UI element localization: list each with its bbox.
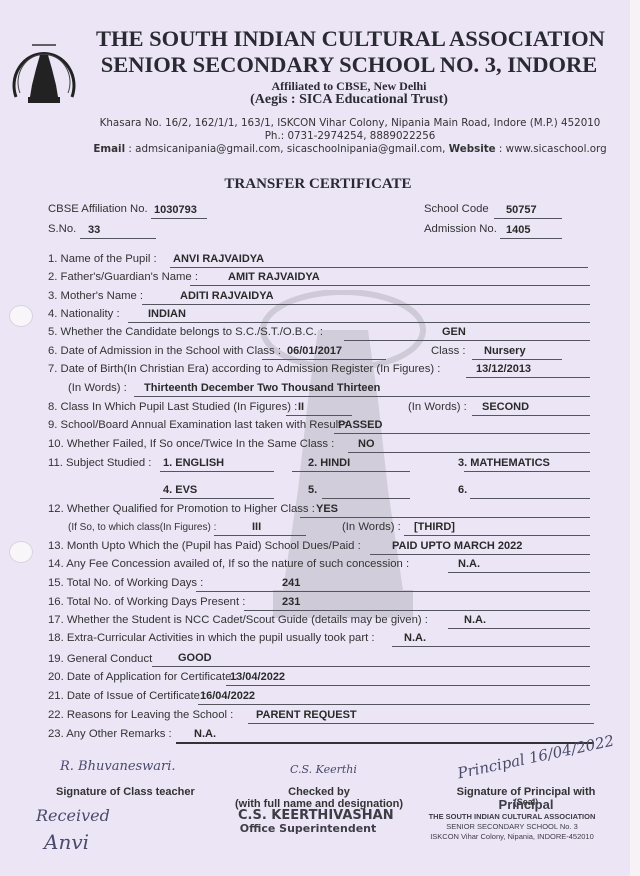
school-name-line2: SENIOR SECONDARY SCHOOL NO. 3, INDORE [96, 52, 602, 78]
underline [392, 646, 590, 647]
underline [244, 610, 590, 611]
underline [142, 304, 590, 305]
subject-1: 1. ENGLISH [163, 457, 224, 469]
pupil-name-value: ANVI RAJVAIDYA [173, 253, 264, 265]
days-present-label: 16. Total No. of Working Days Present : [48, 596, 245, 608]
principal-signature: Principal 16/04/2022 [456, 732, 616, 783]
document-title: TRANSFER CERTIFICATE [0, 176, 636, 193]
underline [404, 535, 590, 536]
admission-date-label: 6. Date of Admission in the School with … [48, 345, 281, 357]
admission-class-label: Class : [431, 345, 466, 357]
conduct-label: 19. General Conduct [48, 653, 152, 665]
underline [134, 396, 590, 397]
underline [448, 572, 590, 573]
underline [214, 535, 306, 536]
extracurricular-label: 18. Extra-Curricular Activities in which… [48, 632, 375, 644]
underline [344, 340, 590, 341]
sno-value: 33 [88, 224, 100, 236]
promotion-class-label: (If So, to which class(In Figures) : [68, 522, 216, 533]
exam-result-value: PASSED [338, 419, 382, 431]
dob-value: 13/12/2013 [476, 363, 531, 375]
underline [160, 471, 274, 472]
application-date-value: 13/04/2022 [230, 671, 285, 683]
website-value: : www.sicaschool.org [499, 143, 607, 155]
days-present-value: 231 [282, 596, 300, 608]
category-label: 5. Whether the Candidate belongs to S.C.… [48, 326, 323, 338]
underline [348, 452, 590, 453]
subject-3: 3. MATHEMATICS [458, 457, 550, 469]
promotion-label: 12. Whether Qualified for Promotion to H… [48, 503, 315, 515]
underline [170, 267, 588, 268]
principal-stamp-line1: THE SOUTH INDIAN CULTURAL ASSOCIATION [414, 812, 610, 821]
principal-stamp-title: Principal [456, 797, 596, 812]
underline [196, 591, 590, 592]
promotion-class-value: III [252, 521, 261, 533]
working-days-label: 15. Total No. of Working Days : [48, 577, 203, 589]
last-class-words-label: (In Words) : [408, 401, 467, 413]
underline [262, 359, 386, 360]
father-name-value: AMIT RAJVAIDYA [228, 271, 320, 283]
underline [322, 498, 410, 499]
admission-date-value: 06/01/2017 [287, 345, 342, 357]
underline [448, 628, 590, 629]
checked-by-stamp-name: C.S. KEERTHIVASHAN [238, 808, 378, 823]
checked-by-signature: C.S. Keerthi [290, 763, 357, 776]
website-label: Website [449, 143, 496, 155]
ncc-value: N.A. [464, 614, 486, 626]
aegis-text: (Aegis : SICA Educational Trust) [96, 92, 602, 108]
underline [176, 742, 594, 744]
last-class-label: 8. Class In Which Pupil Last Studied (In… [48, 401, 297, 413]
category-value: GEN [442, 326, 466, 338]
leaving-reason-value: PARENT REQUEST [256, 709, 357, 721]
mother-name-label: 3. Mother's Name : [48, 290, 143, 302]
concession-value: N.A. [458, 558, 480, 570]
last-class-words-value: SECOND [482, 401, 529, 413]
class-teacher-label: Signature of Class teacher [56, 786, 195, 798]
promotion-words-value: [THIRD] [414, 521, 455, 533]
school-contact: Email : admsicanipania@gmail.com, sicasc… [80, 143, 620, 155]
admission-class-value: Nursery [484, 345, 526, 357]
sno-label: S.No. [48, 223, 76, 235]
received-signature: Received [36, 806, 110, 825]
last-class-value: II [298, 401, 304, 413]
conduct-value: GOOD [178, 652, 212, 664]
underline [300, 517, 590, 518]
underline [80, 238, 156, 239]
underline [500, 238, 562, 239]
principal-stamp-line2: SENIOR SECONDARY SCHOOL No. 3 [414, 822, 610, 831]
punch-hole [9, 541, 33, 563]
remarks-label: 23. Any Other Remarks : [48, 728, 172, 740]
dob-words-label: (In Words) : [68, 382, 127, 394]
promotion-value: YES [316, 503, 338, 515]
dob-label: 7. Date of Birth(In Christian Era) accor… [48, 363, 440, 375]
dues-value: PAID UPTO MARCH 2022 [392, 540, 522, 552]
underline [292, 471, 410, 472]
underline [248, 723, 594, 724]
failed-value: NO [358, 438, 375, 450]
underline [464, 471, 590, 472]
underline [286, 415, 352, 416]
principal-stamp-line3: ISKCON Vihar Colony, Nipania, INDORE-452… [414, 832, 610, 841]
underline [470, 498, 590, 499]
underline [190, 285, 590, 286]
class-teacher-signature: R. Bhuvaneswari. [60, 759, 176, 774]
underline [198, 704, 590, 705]
school-address: Khasara No. 16/2, 162/1/1, 163/1, ISKCON… [80, 117, 620, 129]
extracurricular-value: N.A. [404, 632, 426, 644]
underline [370, 554, 590, 555]
underline [151, 218, 207, 219]
subject-6: 6. [458, 484, 467, 496]
underline [160, 498, 274, 499]
paper-edge [630, 0, 640, 876]
received-signature-name: Anvi [44, 830, 89, 854]
dues-label: 13. Month Upto Which the (Pupil has Paid… [48, 540, 361, 552]
admission-no-value: 1405 [506, 224, 530, 236]
application-date-label: 20. Date of Application for Certificate … [48, 671, 238, 683]
school-phone: Ph.: 0731-2974254, 8889022256 [80, 130, 620, 142]
affiliation-no-value: 1030793 [154, 204, 197, 216]
promotion-words-label: (In Words) : [342, 521, 401, 533]
underline [472, 359, 562, 360]
school-code-label: School Code [424, 203, 489, 215]
school-code-value: 50757 [506, 204, 537, 216]
school-name-line1: THE SOUTH INDIAN CULTURAL ASSOCIATION [96, 26, 602, 52]
subjects-label: 11. Subject Studied : [48, 457, 151, 469]
school-logo-icon [10, 27, 78, 107]
underline [334, 433, 590, 434]
ncc-label: 17. Whether the Student is NCC Cadet/Sco… [48, 614, 428, 626]
failed-label: 10. Whether Failed, If So once/Twice In … [48, 438, 334, 450]
underline [128, 322, 590, 323]
underline [472, 415, 590, 416]
remarks-value: N.A. [194, 728, 216, 740]
leaving-reason-label: 22. Reasons for Leaving the School : [48, 709, 233, 721]
exam-result-label: 9. School/Board Annual Examination last … [48, 419, 348, 431]
admission-no-label: Admission No. [424, 223, 497, 235]
dob-words-value: Thirteenth December Two Thousand Thirtee… [144, 382, 380, 394]
underline [226, 685, 590, 686]
subject-2: 2. HINDI [308, 457, 350, 469]
underline [152, 666, 590, 667]
nationality-value: INDIAN [148, 308, 186, 320]
subject-5: 5. [308, 484, 317, 496]
underline [494, 218, 562, 219]
issue-date-label: 21. Date of Issue of Certificate : [48, 690, 206, 702]
concession-label: 14. Any Fee Concession availed of, If so… [48, 558, 409, 570]
email-value: : admsicanipania@gmail.com, sicaschoolni… [128, 143, 445, 155]
affiliation-no-label: CBSE Affiliation No. [48, 203, 148, 215]
pupil-name-label: 1. Name of the Pupil : [48, 253, 157, 265]
nationality-label: 4. Nationality : [48, 308, 120, 320]
issue-date-value: 16/04/2022 [200, 690, 255, 702]
checked-by-label: Checked by [234, 786, 404, 798]
mother-name-value: ADITI RAJVAIDYA [180, 290, 274, 302]
father-name-label: 2. Father's/Guardian's Name : [48, 271, 198, 283]
working-days-value: 241 [282, 577, 300, 589]
email-label: Email [93, 143, 125, 155]
underline [466, 377, 590, 378]
punch-hole [9, 305, 33, 327]
subject-4: 4. EVS [163, 484, 197, 496]
checked-by-stamp-title: Office Superintendent [238, 822, 378, 835]
